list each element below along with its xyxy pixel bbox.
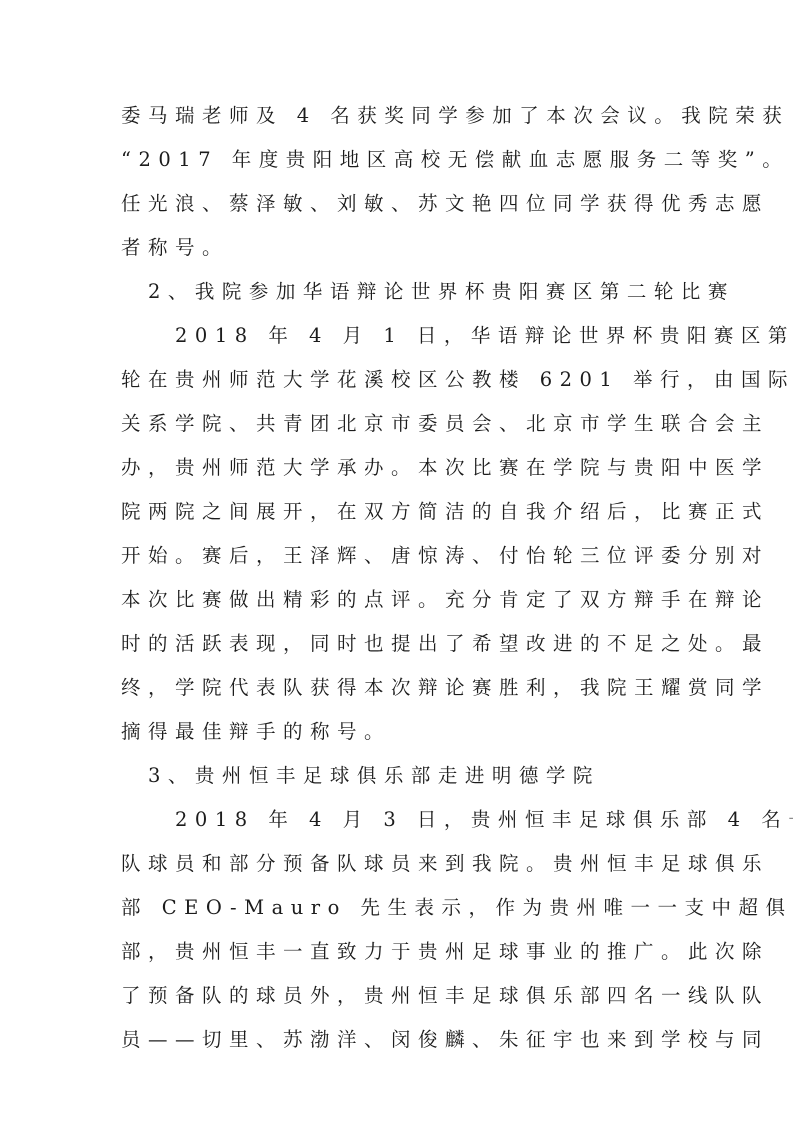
paragraph-line: 本次比赛做出精彩的点评。充分肯定了双方辩手在辩论 [121, 585, 681, 615]
paragraph-line: 开始。赛后，王泽辉、唐惊涛、付怡轮三位评委分别对 [121, 541, 681, 571]
paragraph-line: “2017 年度贵阳地区高校无偿献血志愿服务二等奖”。 [121, 145, 681, 175]
paragraph-line: 摘得最佳辩手的称号。 [121, 717, 681, 747]
paragraph-line: 委马瑞老师及 4 名获奖同学参加了本次会议。我院荣获 [121, 101, 681, 131]
section-heading-2: 2、我院参加华语辩论世界杯贵阳赛区第二轮比赛 [148, 277, 708, 307]
paragraph-line: 时的活跃表现，同时也提出了希望改进的不足之处。最 [121, 629, 681, 659]
paragraph-line: 2018 年 4 月 3 日，贵州恒丰足球俱乐部 4 名一线 [175, 805, 735, 835]
paragraph-line: 队球员和部分预备队球员来到我院。贵州恒丰足球俱乐 [121, 849, 681, 879]
paragraph-line: 员——切里、苏渤洋、闵俊麟、朱征宇也来到学校与同 [121, 1025, 681, 1055]
paragraph-line: 轮在贵州师范大学花溪校区公教楼 6201 举行，由国际 [121, 365, 681, 395]
section-heading-3: 3、贵州恒丰足球俱乐部走进明德学院 [148, 761, 708, 791]
paragraph-line: 院两院之间展开，在双方简洁的自我介绍后，比赛正式 [121, 497, 681, 527]
paragraph-line: 了预备队的球员外，贵州恒丰足球俱乐部四名一线队队 [121, 981, 681, 1011]
document-page: 委马瑞老师及 4 名获奖同学参加了本次会议。我院荣获 “2017 年度贵阳地区高… [0, 0, 793, 1122]
paragraph-line: 2018 年 4 月 1 日，华语辩论世界杯贵阳赛区第二 [175, 321, 735, 351]
paragraph-line: 任光浪、蔡泽敏、刘敏、苏文艳四位同学获得优秀志愿 [121, 189, 681, 219]
paragraph-line: 部，贵州恒丰一直致力于贵州足球事业的推广。此次除 [121, 937, 681, 967]
paragraph-line: 者称号。 [121, 233, 681, 263]
paragraph-line: 终，学院代表队获得本次辩论赛胜利，我院王耀赏同学 [121, 673, 681, 703]
paragraph-line: 部 CEO-Mauro 先生表示，作为贵州唯一一支中超俱乐 [121, 893, 681, 923]
paragraph-line: 关系学院、共青团北京市委员会、北京市学生联合会主 [121, 409, 681, 439]
paragraph-line: 办，贵州师范大学承办。本次比赛在学院与贵阳中医学 [121, 453, 681, 483]
